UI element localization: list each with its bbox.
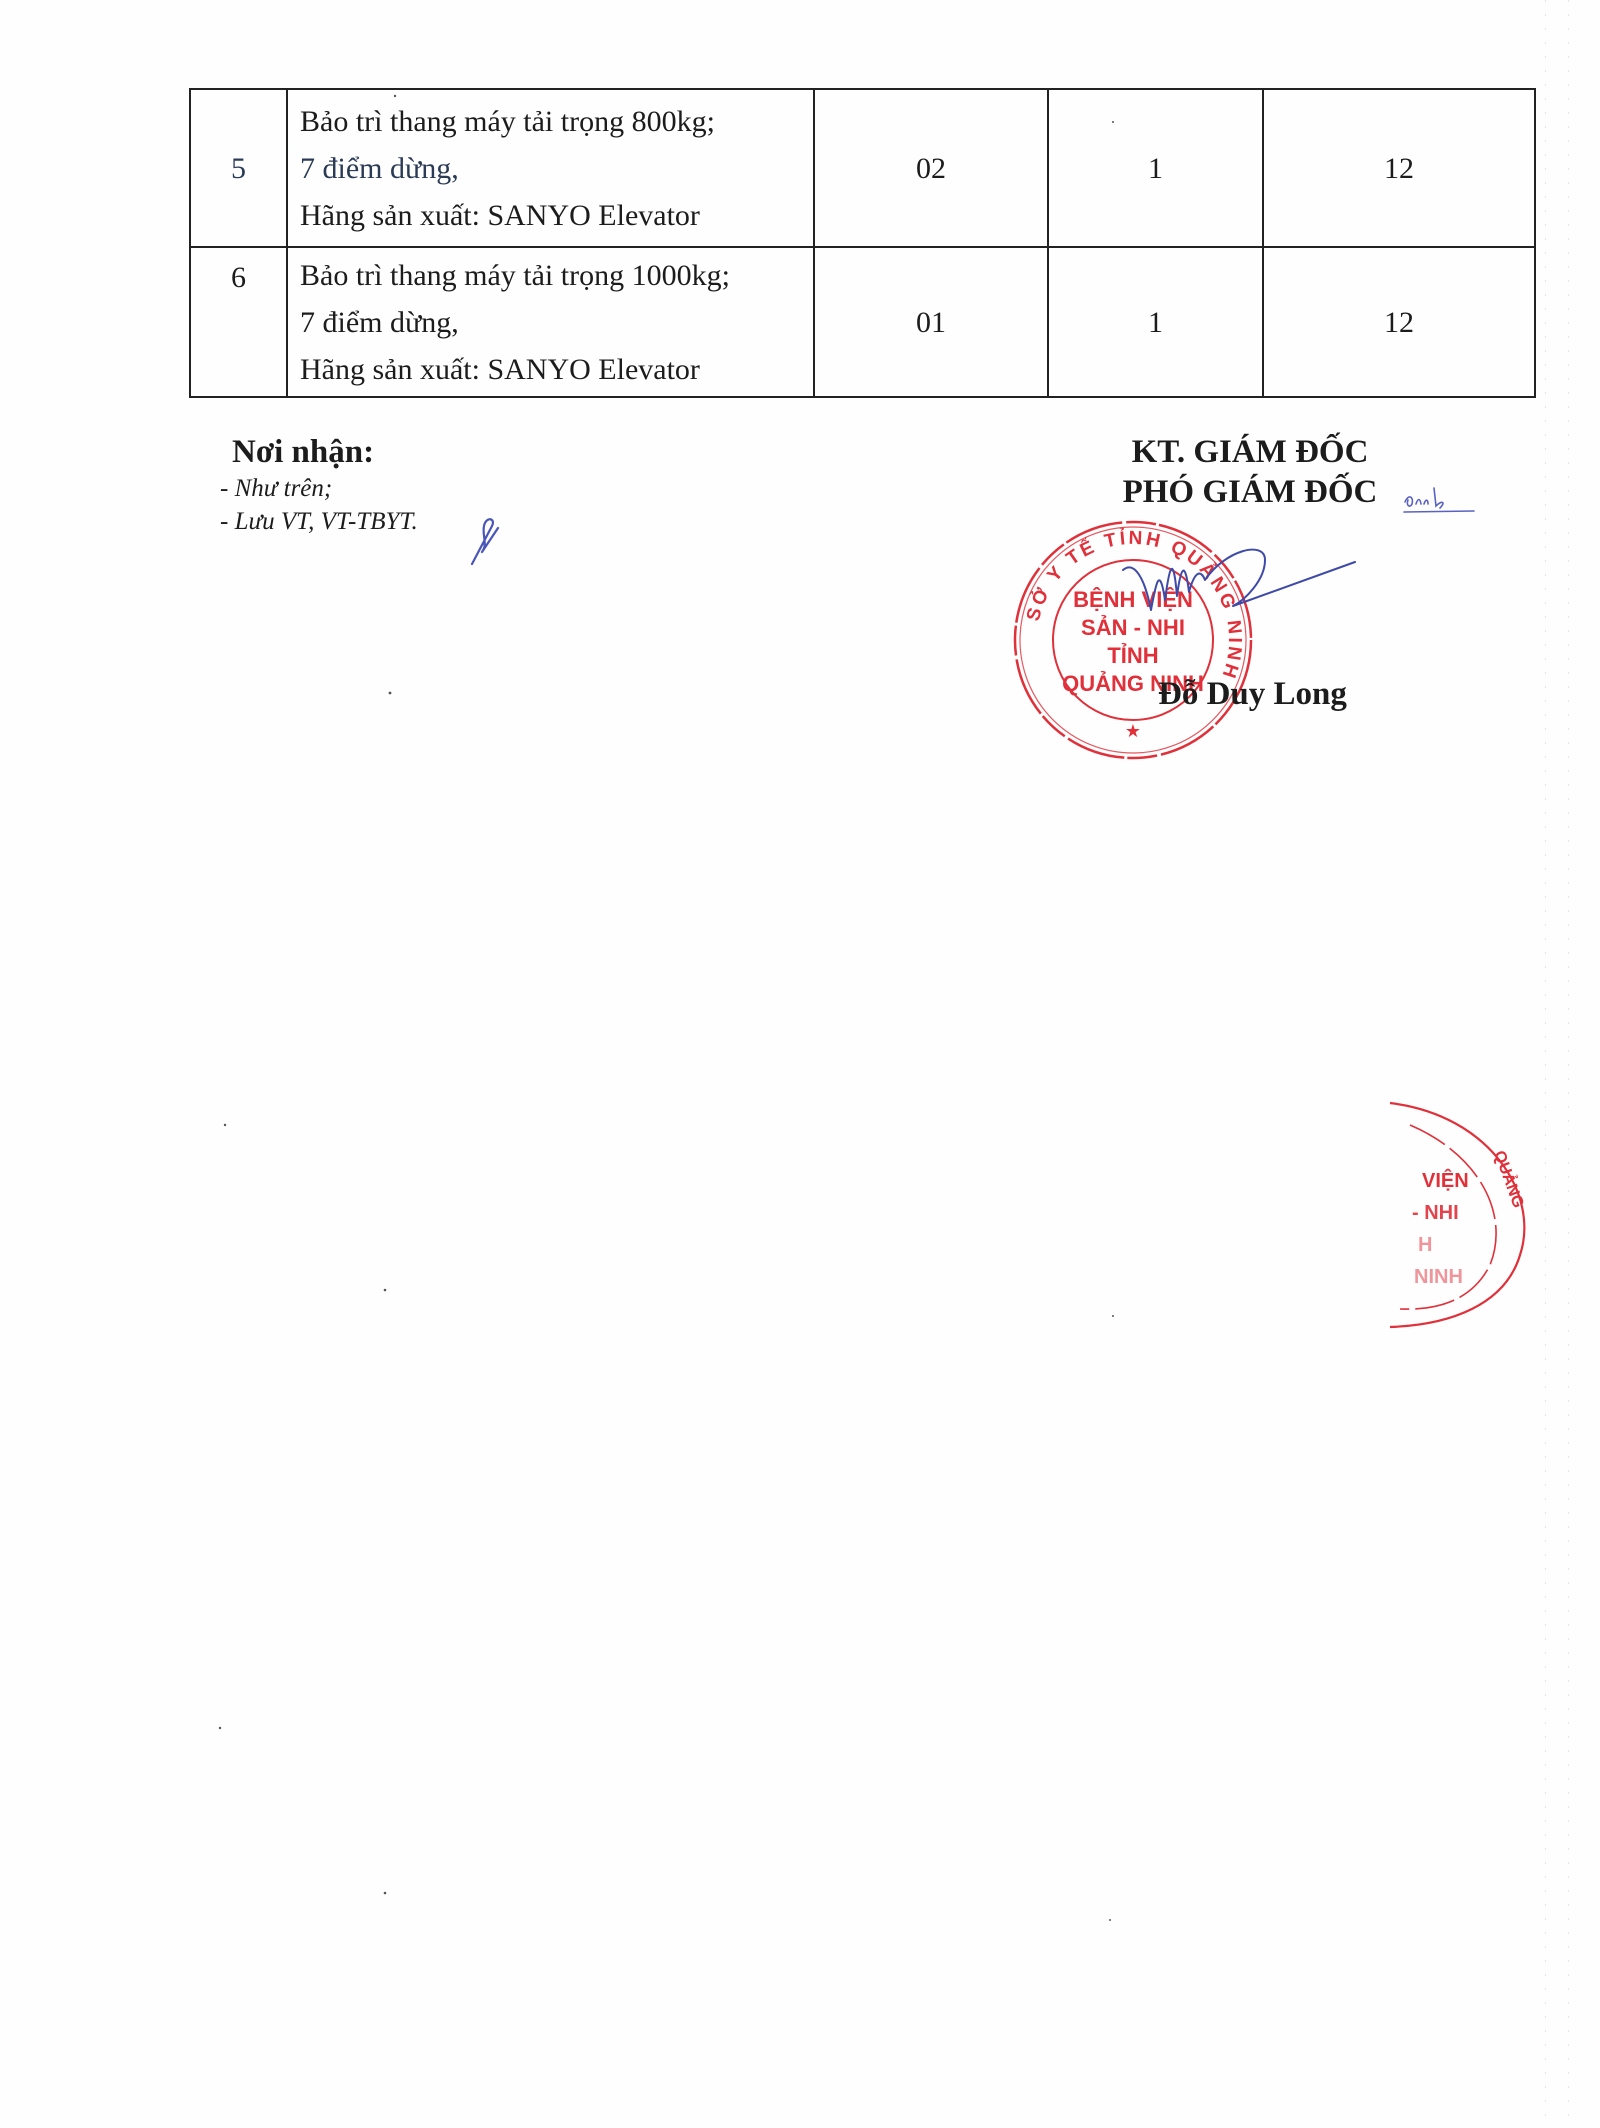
scan-artifact bbox=[1545, 0, 1546, 2128]
row-months: 12 bbox=[1263, 89, 1535, 247]
svg-text:H: H bbox=[1418, 1234, 1432, 1256]
description-line: Hãng sản xuất: SANYO Elevator bbox=[300, 346, 813, 393]
row-number: 6 bbox=[190, 247, 287, 397]
row-count: 1 bbox=[1048, 247, 1263, 397]
description-line: 7 điểm dừng, bbox=[300, 145, 813, 192]
svg-text:TỈNH: TỈNH bbox=[1107, 643, 1158, 668]
svg-text:NINH: NINH bbox=[1414, 1266, 1463, 1288]
scan-artifact bbox=[1568, 0, 1569, 2128]
signature-title-2: PHÓ GIÁM ĐỐC bbox=[1100, 472, 1400, 512]
recipients-title: Nơi nhận: bbox=[232, 432, 418, 472]
initials-mark-icon bbox=[462, 518, 510, 568]
row-number: 5 bbox=[190, 89, 287, 247]
recipient-item: - Như trên; bbox=[220, 472, 418, 505]
maintenance-table: 5 Bảo trì thang máy tải trọng 800kg; 7 đ… bbox=[189, 88, 1536, 398]
svg-text:VIỆN: VIỆN bbox=[1422, 1168, 1469, 1192]
description-line: Hãng sản xuất: SANYO Elevator bbox=[300, 192, 813, 239]
description-line: Bảo trì thang máy tải trọng 800kg; bbox=[300, 98, 813, 145]
description-line: Bảo trì thang máy tải trọng 1000kg; bbox=[300, 252, 813, 299]
row-description: Bảo trì thang máy tải trọng 800kg; 7 điể… bbox=[287, 89, 814, 247]
document-page: 5 Bảo trì thang máy tải trọng 800kg; 7 đ… bbox=[0, 0, 1600, 2128]
row-count: 1 bbox=[1048, 89, 1263, 247]
handwritten-signature-icon bbox=[1115, 540, 1365, 640]
table-row: 6 Bảo trì thang máy tải trọng 1000kg; 7 … bbox=[190, 247, 1535, 397]
partial-stamp-icon: QUẢNG VIỆN - NHI H NINH bbox=[1370, 1095, 1550, 1335]
svg-text:- NHI: - NHI bbox=[1412, 1202, 1459, 1224]
signature-block: KT. GIÁM ĐỐC PHÓ GIÁM ĐỐC bbox=[1100, 432, 1400, 512]
signature-title-1: KT. GIÁM ĐỐC bbox=[1100, 432, 1400, 472]
signer-name: Đỗ Duy Long bbox=[1158, 676, 1347, 713]
row-quantity: 01 bbox=[814, 247, 1048, 397]
description-line: 7 điểm dừng, bbox=[300, 299, 813, 346]
recipient-item: - Lưu VT, VT-TBYT. bbox=[220, 505, 418, 538]
row-description: Bảo trì thang máy tải trọng 1000kg; 7 đi… bbox=[287, 247, 814, 397]
recipients-block: Nơi nhận: - Như trên; - Lưu VT, VT-TBYT. bbox=[232, 432, 418, 538]
svg-text:★: ★ bbox=[1125, 721, 1141, 742]
row-quantity: 02 bbox=[814, 89, 1048, 247]
table-row: 5 Bảo trì thang máy tải trọng 800kg; 7 đ… bbox=[190, 89, 1535, 247]
row-months: 12 bbox=[1263, 247, 1535, 397]
svg-text:QUẢNG: QUẢNG bbox=[1490, 1148, 1528, 1210]
approval-initials-icon bbox=[1402, 484, 1477, 514]
